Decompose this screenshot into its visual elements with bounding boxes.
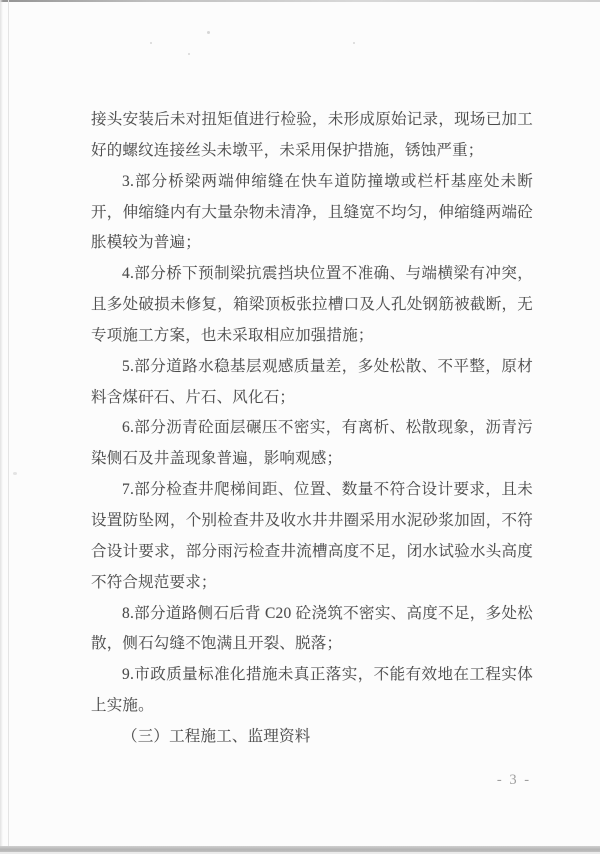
text-line: 6.部分沥青砼面层碾压不密实，有离析、松散现象，沥青污	[91, 413, 533, 444]
text-line: 接头安装后未对扭矩值进行检验，未形成原始记录，现场已加工	[91, 105, 533, 136]
scan-edge-top	[0, 0, 600, 2]
text-line: 设置防坠网，个别检查井及收水井井圈采用水泥砂浆加固，不符	[91, 506, 533, 537]
text-line: 好的螺纹连接丝头未墩平，未采用保护措施，锈蚀严重；	[91, 136, 533, 167]
text-line: 专项施工方案，也未采取相应加强措施；	[91, 321, 533, 352]
text-line: 不符合规范要求；	[91, 568, 533, 599]
text-line: （三）工程施工、监理资料	[91, 722, 533, 753]
text-line: 胀模较为普遍；	[91, 228, 533, 259]
text-line: 9.市政质量标准化措施未真正落实，不能有效地在工程实体	[91, 660, 533, 691]
text-line: 上实施。	[91, 691, 533, 722]
text-line: 散，侧石勾缝不饱满且开裂、脱落；	[91, 629, 533, 660]
text-line: 5.部分道路水稳基层观感质量差，多处松散、不平整，原材	[91, 352, 533, 383]
scan-speck	[353, 42, 355, 44]
scan-edge-left-line	[8, 0, 9, 854]
scan-speck	[207, 31, 210, 34]
document-text-block: 接头安装后未对扭矩值进行检验，未形成原始记录，现场已加工好的螺纹连接丝头未墩平，…	[91, 105, 533, 753]
text-line: 且多处破损未修复，箱梁顶板张拉槽口及人孔处钢筋被截断，无	[91, 290, 533, 321]
text-line: 3.部分桥梁两端伸缩缝在快车道防撞墩或栏杆基座处未断	[91, 167, 533, 198]
text-line: 染侧石及井盖现象普遍，影响观感；	[91, 444, 533, 475]
page-number: - 3 -	[486, 772, 542, 789]
text-line: 8.部分道路侧石后背 C20 砼浇筑不密实、高度不足，多处松	[91, 599, 533, 630]
text-line: 7.部分检查井爬梯间距、位置、数量不符合设计要求，且未	[91, 475, 533, 506]
scan-speck	[150, 42, 152, 44]
text-line: 开，伸缩缝内有大量杂物未清净，且缝宽不均匀，伸缩缝两端砼	[91, 198, 533, 229]
scan-edge-left-shade	[0, 0, 3, 854]
text-line: 合设计要求，部分雨污检查井流槽高度不足，闭水试验水头高度	[91, 537, 533, 568]
scan-speck	[188, 53, 190, 55]
scanned-document-page: 接头安装后未对扭矩值进行检验，未形成原始记录，现场已加工好的螺纹连接丝头未墩平，…	[0, 0, 600, 854]
text-line: 料含煤矸石、片石、风化石；	[91, 383, 533, 414]
text-line: 4.部分桥下预制梁抗震挡块位置不准确、与端横梁有冲突，	[91, 259, 533, 290]
scan-speck	[13, 472, 17, 475]
